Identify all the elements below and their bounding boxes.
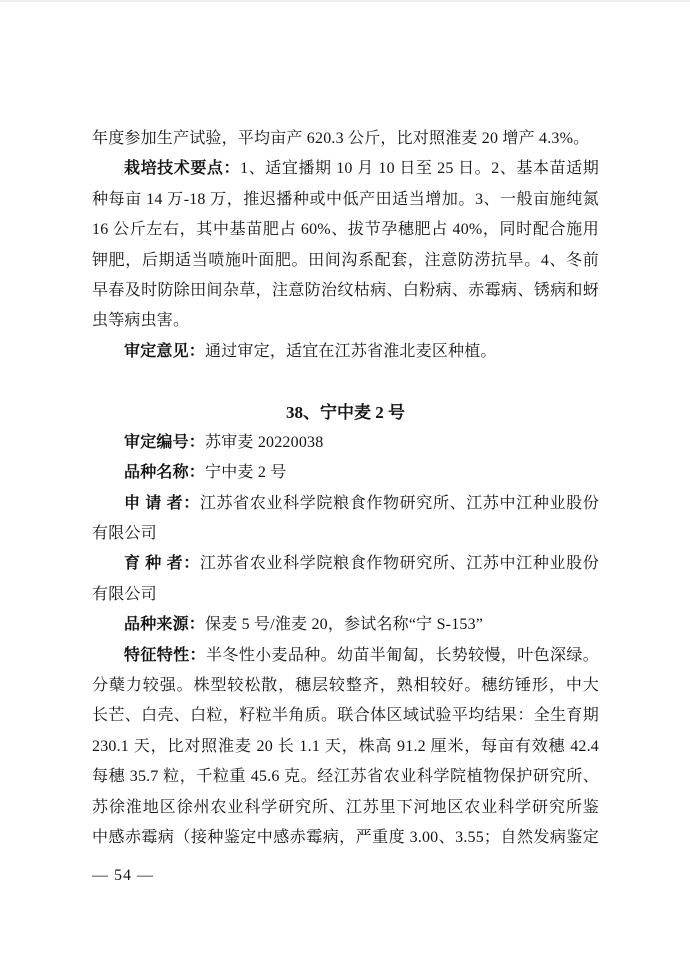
body-line: 有限公司 <box>92 580 599 610</box>
line-text: 种每亩 14 万-18 万，推迟播种或中低产田适当增加。3、一般亩施纯氮 <box>92 191 599 208</box>
field-variety-origin: 品种来源：保麦 5 号/淮麦 20，参试名称“宁 S-153” <box>92 610 599 640</box>
field-label: 审定编号： <box>124 434 205 451</box>
line-text: 江苏省农业科学院粮食作物研究所、江苏中江种业股份 <box>200 495 599 512</box>
field-label: 申 请 者： <box>124 495 200 512</box>
line-text: 钾肥，后期适当喷施叶面肥。田间沟系配套，注意防涝抗旱。4、冬前及 <box>92 252 599 276</box>
field-label: 育 种 者： <box>124 555 200 572</box>
line-text: 中感赤霉病（接种鉴定中感赤霉病，严重度 3.00、3.55；自然发病鉴定 <box>92 829 599 846</box>
field-label: 品种名称： <box>124 464 205 481</box>
body-line: 230.1 天，比对照淮麦 20 长 1.1 天，株高 91.2 厘米，每亩有效… <box>92 732 599 762</box>
body-line: 有限公司 <box>92 519 599 549</box>
body-line: 苏徐淮地区徐州农业科学研究所、江苏里下河地区农业科学研究所鉴定： <box>92 793 599 823</box>
line-text: 通过审定，适宜在江苏省淮北麦区种植。 <box>205 343 497 360</box>
line-text: 有限公司 <box>92 586 157 603</box>
page-number: — 54 — <box>92 862 154 890</box>
body-line: 每穗 35.7 粒，千粒重 45.6 克。经江苏省农业科学院植物保护研究所、江 <box>92 762 599 792</box>
line-text: 半冬性小麦品种。幼苗半匍匐，长势较慢，叶色深绿。 <box>206 647 599 664</box>
line-text: 保麦 5 号/淮麦 20，参试名称“宁 S-153” <box>205 616 483 633</box>
field-label: 栽培技术要点： <box>124 160 240 177</box>
body-line: 虫等病虫害。 <box>92 306 599 336</box>
line-text: 苏审麦 20220038 <box>205 434 323 451</box>
line-text: 有限公司 <box>92 525 157 542</box>
line-text: 长芒、白壳、白粒，籽粒半角质。联合体区域试验平均结果：全生育期 <box>92 707 599 724</box>
line-text: 16 公斤左右，其中基苗肥占 60%、拔节孕穗肥占 40%，同时配合施用磷 <box>92 221 599 245</box>
field-label: 审定意见： <box>124 343 205 360</box>
line-text: 宁中麦 2 号 <box>205 464 286 481</box>
paragraph-gap <box>92 367 599 397</box>
para-approval-opinion: 审定意见：通过审定，适宜在江苏省淮北麦区种植。 <box>92 337 599 367</box>
document-page: 年度参加生产试验，平均亩产 620.3 公斤，比对照淮麦 20 增产 4.3%。… <box>0 0 690 975</box>
field-label: 特征特性： <box>124 647 206 664</box>
body-line: 长芒、白壳、白粒，籽粒半角质。联合体区域试验平均结果：全生育期 <box>92 701 599 731</box>
line-text: 江苏省农业科学院粮食作物研究所、江苏中江种业股份 <box>200 555 599 572</box>
field-approval-number: 审定编号：苏审麦 20220038 <box>92 428 599 458</box>
body-line: 种每亩 14 万-18 万，推迟播种或中低产田适当增加。3、一般亩施纯氮 <box>92 185 599 215</box>
line-text: 230.1 天，比对照淮麦 20 长 1.1 天，株高 91.2 厘米，每亩有效… <box>92 738 599 762</box>
field-variety-name: 品种名称：宁中麦 2 号 <box>92 458 599 488</box>
section-heading-variety-38: 38、宁中麦 2 号 <box>92 398 599 428</box>
body-line: 钾肥，后期适当喷施叶面肥。田间沟系配套，注意防涝抗旱。4、冬前及 <box>92 246 599 276</box>
body-line: 中感赤霉病（接种鉴定中感赤霉病，严重度 3.00、3.55；自然发病鉴定 <box>92 823 599 853</box>
body-line: 分蘖力较强。株型较松散，穗层较整齐，熟相较好。穗纺锤形，中大穗， <box>92 671 599 701</box>
field-breeder: 育 种 者：江苏省农业科学院粮食作物研究所、江苏中江种业股份 <box>92 549 599 579</box>
body-line: 年度参加生产试验，平均亩产 620.3 公斤，比对照淮麦 20 增产 4.3%。 <box>92 124 599 154</box>
field-label: 品种来源： <box>124 616 205 633</box>
para-characteristics: 特征特性：半冬性小麦品种。幼苗半匍匐，长势较慢，叶色深绿。 <box>92 641 599 671</box>
line-text: 每穗 35.7 粒，千粒重 45.6 克。经江苏省农业科学院植物保护研究所、江 <box>92 768 599 792</box>
line-text: 早春及时防除田间杂草，注意防治纹枯病、白粉病、赤霉病、锈病和蚜 <box>92 282 599 299</box>
document-body: 年度参加生产试验，平均亩产 620.3 公斤，比对照淮麦 20 增产 4.3%。… <box>92 124 599 853</box>
field-applicant: 申 请 者：江苏省农业科学院粮食作物研究所、江苏中江种业股份 <box>92 489 599 519</box>
para-cultivation-techniques: 栽培技术要点：1、适宜播期 10 月 10 日至 25 日。2、基本苗适期播 <box>92 154 599 184</box>
body-line: 16 公斤左右，其中基苗肥占 60%、拔节孕穗肥占 40%，同时配合施用磷 <box>92 215 599 245</box>
line-text: 年度参加生产试验，平均亩产 620.3 公斤，比对照淮麦 20 增产 4.3%。 <box>92 130 589 147</box>
line-text: 虫等病虫害。 <box>92 312 189 329</box>
body-line: 早春及时防除田间杂草，注意防治纹枯病、白粉病、赤霉病、锈病和蚜 <box>92 276 599 306</box>
line-text: 分蘖力较强。株型较松散，穗层较整齐，熟相较好。穗纺锤形，中大穗， <box>92 677 599 701</box>
line-text: 苏徐淮地区徐州农业科学研究所、江苏里下河地区农业科学研究所鉴定： <box>92 799 599 823</box>
